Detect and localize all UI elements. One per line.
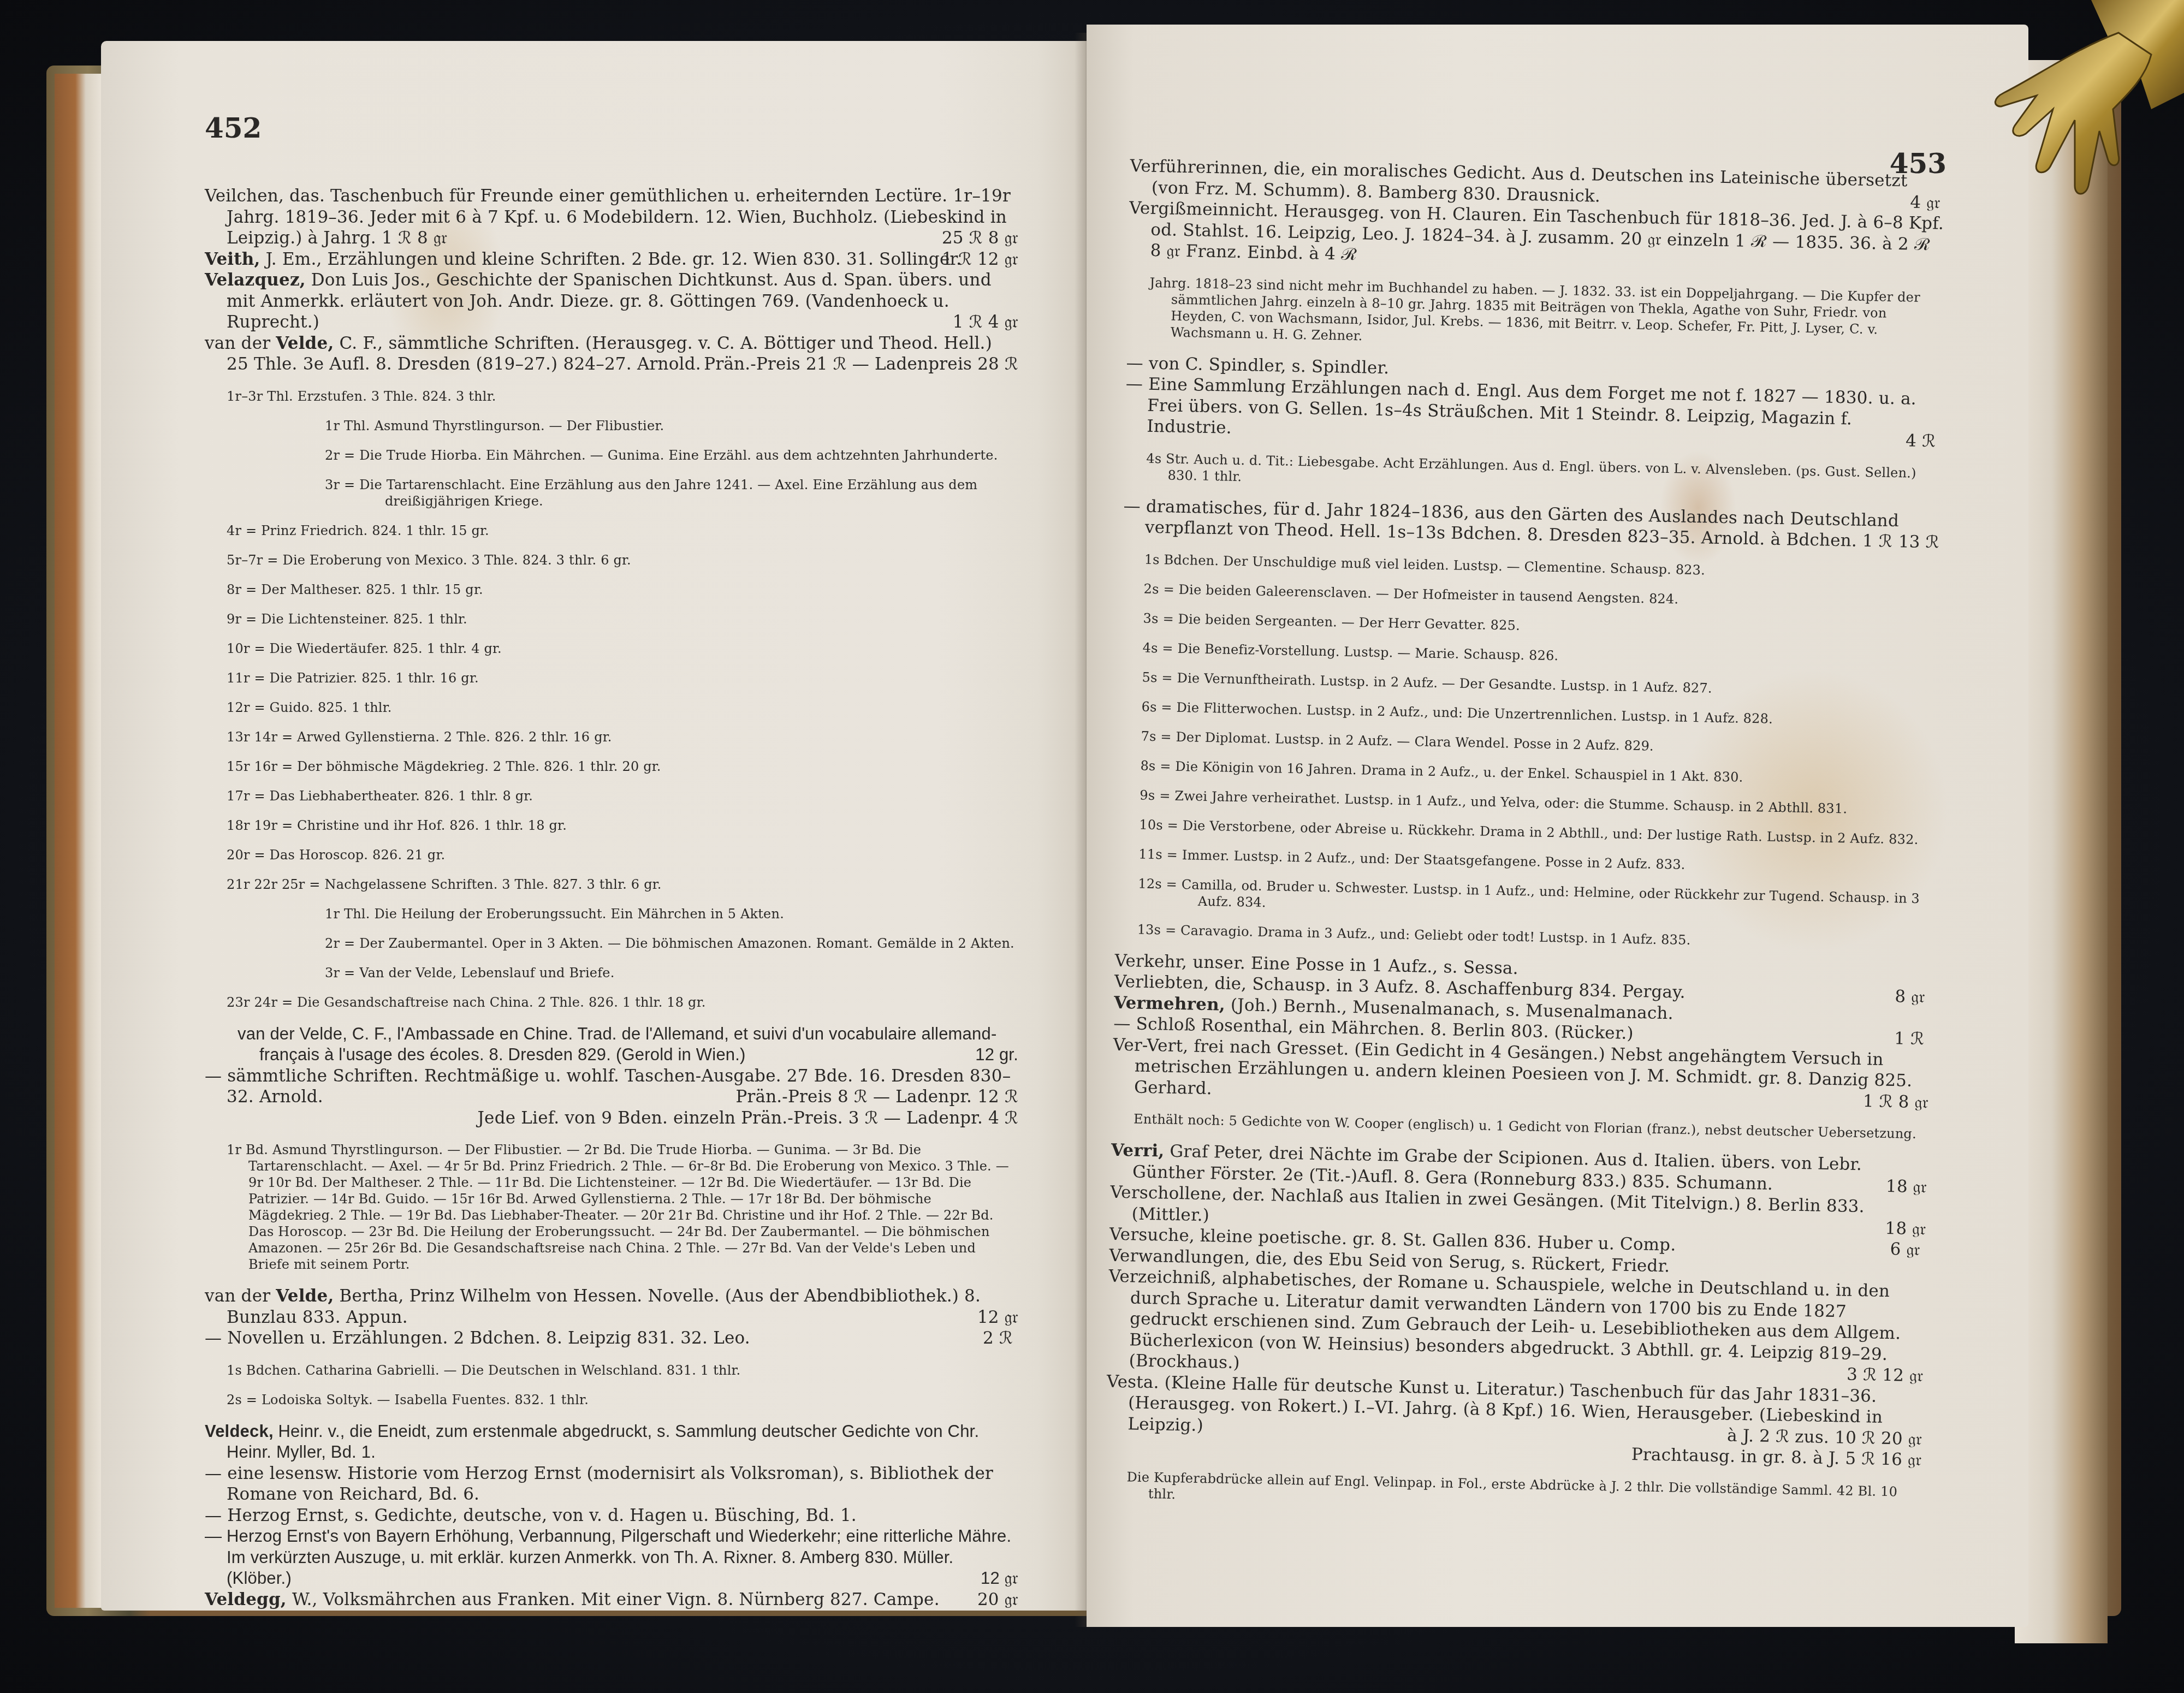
entry-price: 12 gr. xyxy=(997,1044,1018,1066)
entry-text: W., Volksmährchen aus Franken. Mit einer… xyxy=(292,1590,940,1609)
volume-line: 11r = Die Patrizier. 825. 1 thlr. 16 gr. xyxy=(205,670,1018,686)
volume-line: 4r = Prinz Friedrich. 824. 1 thlr. 15 gr… xyxy=(205,522,1018,539)
entry-price: 13 ℛ xyxy=(1920,532,1939,553)
entry-text: — dramatisches, für d. Jahr 1824–1836, a… xyxy=(1123,496,1899,551)
entry-price: Prän.-Preis 8 ℛ — Ladenpr. 12 ℛ xyxy=(757,1086,1018,1108)
volume-line: 5s = Die Vernunftheirath. Lustsp. in 2 A… xyxy=(1120,668,1936,700)
entry-price: 2 ℛ xyxy=(1005,1328,1018,1349)
volume-line: 1r–3r Thl. Erzstufen. 3 Thle. 824. 3 thl… xyxy=(205,388,1018,405)
right-page: 453 Verführerinnen, die, ein moralisches… xyxy=(1087,25,2028,1627)
entry-text: — Novellen u. Erzählungen. 2 Bdchen. 8. … xyxy=(205,1328,750,1348)
volume-line: 20r = Das Horoscop. 826. 21 gr. xyxy=(205,847,1018,863)
volume-line: 2r = Der Zaubermantel. Oper in 3 Akten. … xyxy=(205,935,1018,952)
entry-price: 20 𝔤𝔯 xyxy=(999,1589,1018,1611)
volume-note: 1s Bdchen. Catharina Gabrielli. — Die De… xyxy=(205,1362,1018,1379)
entry-price: 18 𝔤𝔯 xyxy=(1908,1176,1927,1197)
entry-headword: Veldegg, xyxy=(205,1590,287,1609)
volume-line: 8r = Der Malthe­ser. 825. 1 thlr. 15 gr. xyxy=(205,581,1018,598)
ver-vert-note: Enthält noch: 5 Gedichte von W. Cooper (… xyxy=(1112,1110,1928,1143)
entry-text: J. Em., Erzählungen und kleine Schriften… xyxy=(266,250,962,269)
volume-line: 13s = Caravagio. Drama in 3 Aufz., und: … xyxy=(1115,920,1932,953)
entry-herzog-ernst-bayern: — Herzog Ernst's von Bayern Erhöhung, Ve… xyxy=(205,1526,1018,1589)
entry-headword: Velazquez, xyxy=(205,270,306,290)
entry-price: 12 𝔤𝔯 xyxy=(999,1307,1018,1328)
volume-line: 13r 14r = Arwed Gyllenstierna. 2 Thle. 8… xyxy=(205,729,1018,745)
volume-line: 2s = Die beiden Galeerensclaven. — Der H… xyxy=(1121,580,1938,612)
page-number-left: 452 xyxy=(205,112,262,144)
volume-line: 17r = Das Liebhabertheater. 826. 1 thlr.… xyxy=(205,788,1018,804)
entry-text: Veilchen, das. Taschenbuch für Freunde e… xyxy=(205,186,1011,248)
entry-text: Heinr. v., die Eneidt, zum erstenmale ab… xyxy=(227,1422,979,1462)
entry-price: 1 ℛ xyxy=(1916,1029,1930,1050)
entry-veldegg: Veldegg, W., Volksmährchen aus Franken. … xyxy=(205,1589,1018,1611)
entry-headword: Velde, xyxy=(276,334,334,353)
right-column: Verführerinnen, die, ein moralisches Ged… xyxy=(1104,156,1946,1530)
volume-line: 15r 16r = Der böhmische Mägdekrieg. 2 Th… xyxy=(205,758,1018,775)
entry-taschen-ausgabe: — sämmtliche Schriften. Rechtmäßige u. w… xyxy=(205,1066,1018,1108)
entry-headword: Vermehren, xyxy=(1114,993,1225,1014)
volume-line: 3r = Van der Velde, Lebenslauf und Brief… xyxy=(205,965,1018,981)
volume-line: 18r 19r = Christine und ihr Hof. 826. 1 … xyxy=(205,817,1018,834)
entry-ambassade: van der Velde, C. F., l'Ambassade en Chi… xyxy=(205,1024,1018,1066)
entry-price: 4 ℛ xyxy=(1927,431,1942,452)
volume-line: 9s = Zwei Jahre verheirathet. Lustsp. in… xyxy=(1118,786,1934,818)
volume-contents-note: 1r Bd. Asmund Thyrstlingurson. — Der Fli… xyxy=(205,1142,1018,1273)
volume-line: 3s = Die beiden Sergeanten. — Der Herr G… xyxy=(1121,609,1937,641)
right-page-edges xyxy=(2015,60,2108,1643)
entry-text: van der Velde, C. F., l'Ambassade en Chi… xyxy=(238,1024,996,1065)
volume-line: 11s = Immer. Lustsp. in 2 Aufz., und: De… xyxy=(1117,845,1933,877)
liebesgabe-note: 4s Str. Auch u. d. Tit.: Liebesgabe. Ach… xyxy=(1124,449,1941,498)
entry-van-der-velde: van der Velde, C. F., sämmtliche Schrift… xyxy=(205,333,1018,375)
hell-volume-list: 1s Bdchen. Der Unschuldige muß viel leid… xyxy=(1115,550,1939,953)
entry-text: Bertha, Prinz Wilhelm von Hessen. Novell… xyxy=(227,1286,981,1327)
entry-price: à J. 2 ℛ zus. 10 ℛ 20 𝔤𝔯 xyxy=(1749,1425,1922,1450)
volume-line: 1r Thl. Die Heilung der Eroberungssucht.… xyxy=(205,906,1018,922)
volume-line: 3r = Die Tartarenschlacht. Eine Erzählun… xyxy=(205,477,1018,509)
entry-dramatisches: — dramatisches, für d. Jahr 1824–1836, a… xyxy=(1123,495,1940,553)
vesta-note: Die Kupferabdrücke allein auf Engl. Veli… xyxy=(1105,1468,1921,1517)
brass-hand-clip-icon xyxy=(1911,0,2184,229)
entry-verzeichniss: Verzeichniß, alphabetisches, der Romane … xyxy=(1107,1266,1925,1387)
entry-price: 1 ℛ 12 𝔤𝔯 xyxy=(964,249,1018,270)
entry-price: 25 ℛ 8 𝔤𝔯 xyxy=(964,228,1018,249)
entry-herzog-ernst-historie: — eine lesensw. Historie vom Herzog Erns… xyxy=(205,1463,1018,1505)
entry-price: 1 ℛ 4 𝔤𝔯 xyxy=(975,312,1018,333)
entry-headword: Veldeck, xyxy=(205,1422,274,1441)
entry-headword: Velde, xyxy=(276,1286,334,1306)
entry-price: Prän.-Preis 21 ℛ — Ladenpreis 28 ℛ xyxy=(726,354,1018,375)
volume-line: 12s = Camilla, od. Bruder u. Schwester. … xyxy=(1116,875,1933,923)
volume-note: 2s = Lodoiska Soltyk. — Isabella Fuentes… xyxy=(205,1392,1018,1408)
vergissmeinnicht-note: Jahrg. 1818–23 sind nicht mehr im Buchha… xyxy=(1127,274,1944,355)
entry-headword: Verri, xyxy=(1111,1140,1165,1161)
entry-price: 1 ℛ 8 𝔤𝔯 xyxy=(1884,1091,1928,1113)
volume-line: 7s = Der Diplomat. Lustsp. in 2 Aufz. — … xyxy=(1119,727,1935,759)
volume-line: 23r 24r = Die Gesandschaftreise nach Chi… xyxy=(205,994,1018,1011)
volume-line: 10r = Die Wiedertäufer. 825. 1 thlr. 4 g… xyxy=(205,640,1018,657)
volume-line: 21r 22r 25r = Nachgelassene Schriften. 3… xyxy=(205,876,1018,893)
entry-price: 8 𝔤𝔯 xyxy=(1916,987,1931,1008)
entry-veith: Veith, J. Em., Erzählungen und kleine Sc… xyxy=(205,249,1018,270)
volume-line: 12r = Guido. 825. 1 thlr. xyxy=(205,699,1018,716)
entry-text: Don Luis Jos., Geschichte der Spanischen… xyxy=(227,270,992,332)
volume-line: 1r Thl. Asmund Thyrstlingurson. — Der Fl… xyxy=(205,418,1018,434)
entry-veilchen: Veilchen, das. Taschenbuch für Freunde e… xyxy=(205,186,1018,249)
volume-line: 8s = Die Königin von 16 Jahren. Drama in… xyxy=(1118,757,1934,789)
entry-text: Verführerinnen, die, ein moralisches Ged… xyxy=(1130,156,1908,206)
entry-bertha-velde: van der Velde, Bertha, Prinz Wilhelm von… xyxy=(205,1286,1018,1328)
left-column: Veilchen, das. Taschenbuch für Freunde e… xyxy=(205,186,1018,1610)
entry-novellen: — Novellen u. Erzählungen. 2 Bdchen. 8. … xyxy=(205,1328,1018,1349)
entry-prefix: van der xyxy=(205,334,270,353)
entry-price: 18 𝔤𝔯 xyxy=(1907,1218,1926,1239)
volume-line: 10s = Die Verstorbene, oder Abreise u. R… xyxy=(1117,816,1933,848)
entry-prefix: van der xyxy=(205,1286,270,1306)
volume-line: 4s = Die Benefiz-Vorstellung. Lustsp. — … xyxy=(1120,639,1937,671)
velde-volume-list: 1r–3r Thl. Erzstufen. 3 Thle. 824. 3 thl… xyxy=(205,388,1018,1011)
entry-headword: Veith, xyxy=(205,250,260,269)
entry-text: Verzeichniß, alphabetisches, der Romane … xyxy=(1108,1267,1901,1373)
entry-price: 3 ℛ 12 𝔤𝔯 xyxy=(1868,1364,1924,1386)
volume-line: 9r = Die Lichtensteiner. 825. 1 thlr. xyxy=(205,611,1018,627)
entry-price: 12 𝔤𝔯 xyxy=(1002,1568,1018,1589)
volume-line: 6s = Die Flitterwochen. Lustsp. in 2 Auf… xyxy=(1119,698,1936,730)
entry-price: 6 𝔤𝔯 xyxy=(1912,1239,1926,1261)
volume-line: 1s Bdchen. Der Unschuldige muß viel leid… xyxy=(1123,550,1939,583)
left-page: 452 Veilchen, das. Taschenbuch für Freun… xyxy=(101,41,1087,1611)
entry-velazquez: Velazquez, Don Luis Jos., Geschichte der… xyxy=(205,270,1018,333)
entry-herzog-ernst-gedichte: — Herzog Ernst, s. Gedichte, deutsche, v… xyxy=(205,1505,1018,1526)
left-page-edges xyxy=(55,74,106,1608)
entry-lieferung-price: Jede Lief. von 9 Bden. einzeln Prän.-Pre… xyxy=(205,1108,1018,1129)
volume-line: 2r = Die Trude Hiorba. Ein Mährchen. — G… xyxy=(205,447,1018,464)
entry-text: — Herzog Ernst's von Bayern Erhöhung, Ve… xyxy=(205,1526,1011,1588)
volume-line: 5r–7r = Die Eroberung von Mexico. 3 Thle… xyxy=(205,552,1018,568)
entry-veldeck: Veldeck, Heinr. v., die Eneidt, zum erst… xyxy=(205,1421,1018,1463)
